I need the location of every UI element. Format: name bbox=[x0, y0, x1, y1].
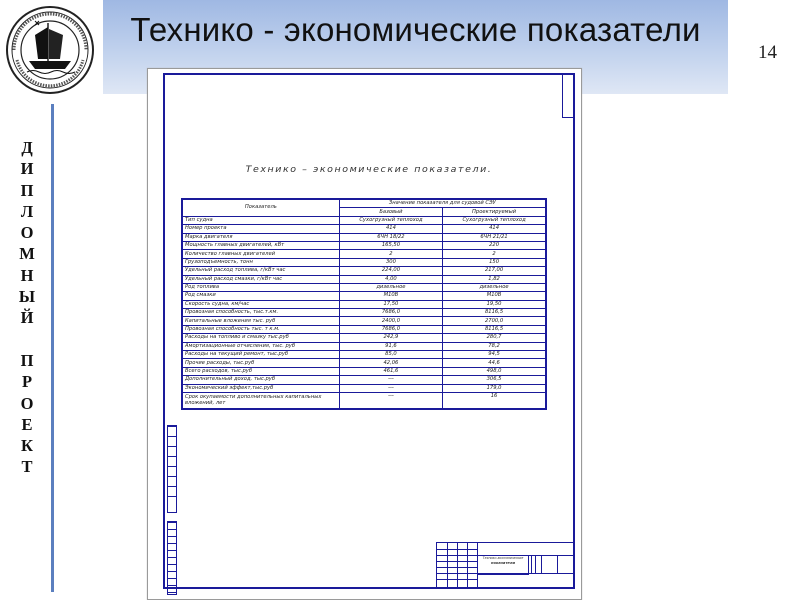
vertical-label-diploma-project: Д И П Л О М Н Ы Й П Р О Е К Т bbox=[14, 137, 40, 478]
indicator-cell: Провозная способность тыс. т к.м. bbox=[182, 325, 339, 333]
base-value-cell: --- bbox=[339, 376, 442, 384]
project-value-cell: 2700,0 bbox=[443, 317, 546, 325]
base-value-cell: 224,00 bbox=[339, 267, 442, 275]
table-row: Экономический эффект,тыс.руб---179,0 bbox=[182, 384, 546, 392]
table-row: Провозная способность тыс. т к.м.7686,08… bbox=[182, 325, 546, 333]
project-value-cell: 2 bbox=[443, 250, 546, 258]
vertical-letter: Ы bbox=[14, 286, 40, 307]
base-value-cell: 242,9 bbox=[339, 334, 442, 342]
base-value-cell: 6ЧН 18/22 bbox=[339, 233, 442, 241]
page-number: 14 bbox=[758, 42, 777, 64]
table-row: Капитальные вложения тыс. руб2400,02700,… bbox=[182, 317, 546, 325]
base-value-cell: дизельное bbox=[339, 283, 442, 291]
drawing-sheet: Технико – экономические показатели. Пока… bbox=[147, 68, 582, 600]
indicator-cell: Экономический эффект,тыс.руб bbox=[182, 384, 339, 392]
project-value-cell: 220 bbox=[443, 241, 546, 249]
project-value-cell: 78,2 bbox=[443, 342, 546, 350]
table-row: Срок окупаемости дополнительных капиталь… bbox=[182, 392, 546, 409]
vertical-letter: И bbox=[14, 158, 40, 179]
project-value-cell: Сухогрузный теплоход bbox=[443, 216, 546, 224]
header-value-group: Значение показателя для судовой СЭУ bbox=[339, 199, 546, 208]
table-row: Мощность главных двигателей, кВт165,5022… bbox=[182, 241, 546, 249]
frame-corner-box bbox=[562, 75, 573, 118]
table-row: Марка двигателя6ЧН 18/226ЧН 21/21 bbox=[182, 233, 546, 241]
base-value-cell: 7686,0 bbox=[339, 325, 442, 333]
project-value-cell: дизельное bbox=[443, 283, 546, 291]
indicator-cell: Скорость судна, км/час bbox=[182, 300, 339, 308]
base-value-cell: М10В bbox=[339, 292, 442, 300]
project-value-cell: 150 bbox=[443, 258, 546, 266]
project-value-cell: 44,6 bbox=[443, 359, 546, 367]
base-value-cell: 2 bbox=[339, 250, 442, 258]
indicator-cell: Грузоподъемность, тонн bbox=[182, 258, 339, 266]
base-value-cell: 414 bbox=[339, 225, 442, 233]
title-block-cells bbox=[527, 555, 573, 574]
table-row: Номер проекта414414 bbox=[182, 225, 546, 233]
title-block-name: Технико-экономические показатели bbox=[477, 555, 529, 575]
indicator-cell: Расходы на текущий ремонт, тыс.руб bbox=[182, 351, 339, 359]
project-value-cell: 280,7 bbox=[443, 334, 546, 342]
project-value-cell: 217,00 bbox=[443, 267, 546, 275]
table-row: Количество главных двигателей22 bbox=[182, 250, 546, 258]
project-value-cell: 414 bbox=[443, 225, 546, 233]
header-base: Базовый bbox=[339, 208, 442, 216]
project-value-cell: 1,82 bbox=[443, 275, 546, 283]
vertical-letter: М bbox=[14, 243, 40, 264]
indicator-cell: Дополнительный доход, тыс.руб bbox=[182, 376, 339, 384]
vertical-letter: О bbox=[14, 222, 40, 243]
base-value-cell: 7686,0 bbox=[339, 309, 442, 317]
table-row: Расходы на текущий ремонт, тыс.руб85,094… bbox=[182, 351, 546, 359]
table-row: Род топливадизельноедизельное bbox=[182, 283, 546, 291]
indicator-cell: Количество главных двигателей bbox=[182, 250, 339, 258]
indicator-cell: Род смазки bbox=[182, 292, 339, 300]
base-value-cell: --- bbox=[339, 392, 442, 409]
title-block-stamp: Технико-экономические показатели bbox=[436, 542, 573, 587]
indicator-cell: Срок окупаемости дополнительных капиталь… bbox=[182, 392, 339, 409]
title-block-line2: показатели bbox=[478, 561, 528, 566]
vertical-letter: Е bbox=[14, 414, 40, 435]
header-project: Проектируемый bbox=[443, 208, 546, 216]
drawing-title: Технико – экономические показатели. bbox=[155, 165, 583, 175]
project-value-cell: 16 bbox=[443, 392, 546, 409]
table-row: Тип суднаСухогрузный теплоходСухогрузный… bbox=[182, 216, 546, 224]
side-stamp-strip bbox=[167, 521, 177, 595]
indicator-cell: Удельный расход смазки, г/кВт час bbox=[182, 275, 339, 283]
table-row: Всего расходов, тыс.руб461,6498,0 bbox=[182, 367, 546, 375]
base-value-cell: 91,6 bbox=[339, 342, 442, 350]
indicator-cell: Удельный расход топлива, г/кВт час bbox=[182, 267, 339, 275]
table-row: Прочие расходы, тыс.руб42,0644,6 bbox=[182, 359, 546, 367]
vertical-letter: Й bbox=[14, 307, 40, 328]
table-row: Расходы на топливо и смазку тыс.руб242,9… bbox=[182, 334, 546, 342]
table-row: Удельный расход смазки, г/кВт час4,001,8… bbox=[182, 275, 546, 283]
project-value-cell: 498,0 bbox=[443, 367, 546, 375]
indicator-cell: Марка двигателя bbox=[182, 233, 339, 241]
vertical-divider-line bbox=[51, 104, 54, 592]
base-value-cell: 165,50 bbox=[339, 241, 442, 249]
project-value-cell: 306,5 bbox=[443, 376, 546, 384]
vertical-letter: Л bbox=[14, 201, 40, 222]
indicator-cell: Номер проекта bbox=[182, 225, 339, 233]
table-row: Амортизационные отчисления, тыс. руб91,6… bbox=[182, 342, 546, 350]
indicator-cell: Мощность главных двигателей, кВт bbox=[182, 241, 339, 249]
base-value-cell: 4,00 bbox=[339, 275, 442, 283]
base-value-cell: 2400,0 bbox=[339, 317, 442, 325]
vertical-letter: О bbox=[14, 393, 40, 414]
indicator-cell: Прочие расходы, тыс.руб bbox=[182, 359, 339, 367]
side-stamp-strip bbox=[167, 425, 177, 513]
base-value-cell: Сухогрузный теплоход bbox=[339, 216, 442, 224]
university-seal-logo bbox=[5, 5, 95, 95]
drawing-frame: Технико – экономические показатели. Пока… bbox=[163, 73, 575, 589]
project-value-cell: 19,50 bbox=[443, 300, 546, 308]
table-row: Скорость судна, км/час17,5019,50 bbox=[182, 300, 546, 308]
table-row: Род смазкиМ10ВМ10В bbox=[182, 292, 546, 300]
table-row: Провозная способность, тыс.т.км.7686,081… bbox=[182, 309, 546, 317]
vertical-letter: П bbox=[14, 350, 40, 371]
vertical-letter: Н bbox=[14, 265, 40, 286]
base-value-cell: 17,50 bbox=[339, 300, 442, 308]
base-value-cell: 300 bbox=[339, 258, 442, 266]
title-block-grid bbox=[437, 543, 477, 587]
indicator-cell: Амортизационные отчисления, тыс. руб bbox=[182, 342, 339, 350]
vertical-letter: К bbox=[14, 435, 40, 456]
project-value-cell: 8116,5 bbox=[443, 325, 546, 333]
base-value-cell: 461,6 bbox=[339, 367, 442, 375]
title-block-line bbox=[477, 573, 573, 574]
base-value-cell: --- bbox=[339, 384, 442, 392]
vertical-letter: Р bbox=[14, 371, 40, 392]
vertical-spacer bbox=[14, 329, 40, 350]
project-value-cell: М10В bbox=[443, 292, 546, 300]
indicator-cell: Расходы на топливо и смазку тыс.руб bbox=[182, 334, 339, 342]
base-value-cell: 42,06 bbox=[339, 359, 442, 367]
indicator-cell: Род топлива bbox=[182, 283, 339, 291]
project-value-cell: 6ЧН 21/21 bbox=[443, 233, 546, 241]
slide-title: Технико - экономические показатели bbox=[103, 8, 728, 52]
project-value-cell: 94,5 bbox=[443, 351, 546, 359]
indicator-cell: Тип судна bbox=[182, 216, 339, 224]
indicator-cell: Провозная способность, тыс.т.км. bbox=[182, 309, 339, 317]
base-value-cell: 85,0 bbox=[339, 351, 442, 359]
table-row: Удельный расход топлива, г/кВт час224,00… bbox=[182, 267, 546, 275]
table-row: Дополнительный доход, тыс.руб---306,5 bbox=[182, 376, 546, 384]
vertical-letter: П bbox=[14, 180, 40, 201]
indicator-cell: Всего расходов, тыс.руб bbox=[182, 367, 339, 375]
header-indicator: Показатель bbox=[182, 199, 339, 216]
table-row: Грузоподъемность, тонн300150 bbox=[182, 258, 546, 266]
indicators-table: Показатель Значение показателя для судов… bbox=[181, 198, 547, 410]
project-value-cell: 8116,5 bbox=[443, 309, 546, 317]
vertical-letter: Д bbox=[14, 137, 40, 158]
indicator-cell: Капитальные вложения тыс. руб bbox=[182, 317, 339, 325]
vertical-letter: Т bbox=[14, 456, 40, 477]
project-value-cell: 179,0 bbox=[443, 384, 546, 392]
